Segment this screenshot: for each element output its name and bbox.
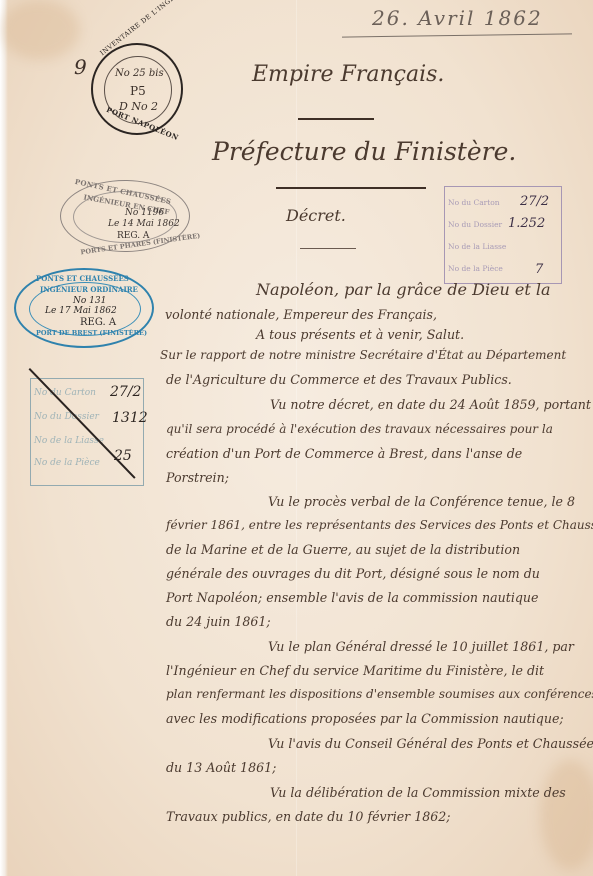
archive-date: 26. Avril 1862 xyxy=(372,6,543,30)
heading-rule xyxy=(298,118,374,120)
stamp-value: 7 xyxy=(535,262,543,277)
stamp-number: No 1196 xyxy=(125,208,164,218)
heading-rule xyxy=(300,248,356,249)
body-line: Vu l'avis du Conseil Général des Ponts e… xyxy=(268,736,593,751)
body-line: du 13 Août 1861; xyxy=(166,760,276,775)
body-line: volonté nationale, Empereur des Français… xyxy=(165,307,437,322)
body-line: de la Marine et de la Guerre, au sujet d… xyxy=(166,542,520,557)
body-line: Napoléon, par la grâce de Dieu et la xyxy=(256,280,551,299)
date-underline xyxy=(342,33,572,37)
body-line: Vu notre décret, en date du 24 Août 1859… xyxy=(270,397,591,412)
body-line: Vu le plan Général dressé le 10 juillet … xyxy=(268,639,574,654)
stamp-number: No 131 xyxy=(73,296,106,306)
body-line: avec les modifications proposées par la … xyxy=(166,711,564,726)
body-line: l'Ingénieur en Chef du service Maritime … xyxy=(166,663,544,678)
stamp-label: No de la Pièce xyxy=(448,264,503,273)
body-line: A tous présents et à venir, Salut. xyxy=(256,327,464,342)
stamp-number: No 25 bis xyxy=(115,68,164,79)
stamp-value: 25 xyxy=(114,448,132,464)
body-line: Travaux publics, en date du 10 février 1… xyxy=(166,809,451,824)
stamp-label: No du Dossier xyxy=(34,412,99,422)
body-line: Sur le rapport de notre ministre Secréta… xyxy=(160,348,566,362)
stamp-text: INGÉNIEUR ORDINAIRE xyxy=(40,285,138,294)
stamp-sub: D No 2 xyxy=(119,100,158,113)
body-line: février 1861, entre les représentants de… xyxy=(166,518,593,532)
body-line: qu'il sera procédé à l'exécution des tra… xyxy=(166,422,553,436)
body-line: plan renfermant les dispositions d'ensem… xyxy=(166,687,593,701)
heading-decret: Décret. xyxy=(286,206,346,225)
stamp-label: No de la Pièce xyxy=(34,458,100,468)
heading-rule xyxy=(276,187,426,189)
stamp-label: No de la Liasse xyxy=(448,242,506,251)
stamp-date: Le 14 Mai 1862 xyxy=(108,219,180,229)
stamp-value: 1312 xyxy=(112,410,148,426)
heading-prefecture: Préfecture du Finistère. xyxy=(212,137,516,166)
folio-number: 9 xyxy=(74,55,87,79)
body-line: du 24 juin 1861; xyxy=(166,614,271,629)
paper-stain xyxy=(540,760,593,870)
body-line: création d'un Port de Commerce à Brest, … xyxy=(166,446,522,461)
stamp-label: No du Carton xyxy=(34,388,96,398)
document-page: 26. Avril 1862 9 INVENTAIRE DE L'INGR OR… xyxy=(0,0,593,876)
body-line: Port Napoléon; ensemble l'avis de la com… xyxy=(166,590,539,605)
body-line: Vu le procès verbal de la Conférence ten… xyxy=(268,494,575,509)
body-line: Porstrein; xyxy=(166,470,229,485)
body-line: de l'Agriculture du Commerce et des Trav… xyxy=(166,372,512,387)
stamp-value: 27/2 xyxy=(110,384,141,400)
stamp-text: PORT DE BREST (FINISTÈRE) xyxy=(36,329,147,337)
stamp-value: 1.252 xyxy=(508,216,545,231)
paper-edge xyxy=(0,0,8,876)
stamp-label: No du Carton xyxy=(448,198,500,207)
paper-stain xyxy=(0,0,80,60)
heading-empire: Empire Français. xyxy=(252,62,444,87)
stamp-value: 27/2 xyxy=(520,194,549,209)
body-line: Vu la délibération de la Commission mixt… xyxy=(270,785,566,800)
stamp-label: No du Dossier xyxy=(448,220,502,229)
stamp-reg: REG. A xyxy=(80,317,116,328)
stamp-date: Le 17 Mai 1862 xyxy=(45,306,117,316)
stamp-code: P5 xyxy=(130,84,146,98)
stamp-text: PONTS ET CHAUSSÉES xyxy=(36,274,129,283)
body-line: générale des ouvrages du dit Port, désig… xyxy=(166,566,540,581)
stamp-label: No de la Liasse xyxy=(34,436,104,446)
